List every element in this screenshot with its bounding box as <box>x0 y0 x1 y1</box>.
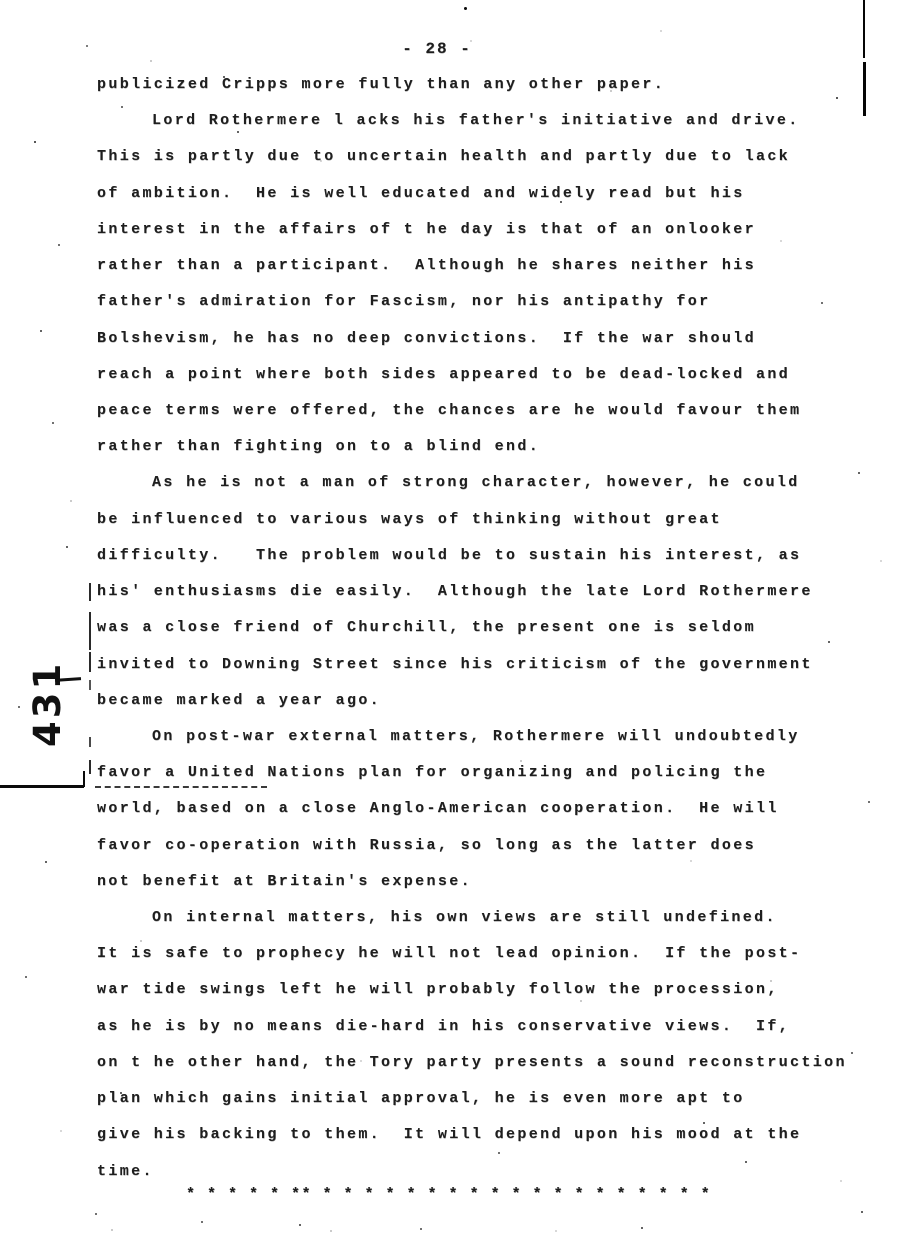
text-line: war tide swings left he will probably fo… <box>97 972 847 1008</box>
text-line: of ambition. He is well educated and wid… <box>97 176 847 212</box>
margin-vertical-mark <box>89 583 91 601</box>
handwritten-margin-number: 431 <box>20 662 75 747</box>
document-body: publicized Cripps more fully than any ot… <box>97 67 847 1190</box>
text-line: invited to Downing Street since his crit… <box>97 647 847 683</box>
margin-vertical-mark <box>89 652 91 672</box>
dashed-underline-mark <box>95 786 267 788</box>
text-line: This is partly due to uncertain health a… <box>97 139 847 175</box>
scan-edge-artifact <box>863 62 866 116</box>
text-line: Bolshevism, he has no deep convictions. … <box>97 321 847 357</box>
text-line: plan which gains initial approval, he is… <box>97 1081 847 1117</box>
text-line: world, based on a close Anglo-American c… <box>97 791 847 827</box>
scan-noise-light <box>0 0 2 2</box>
text-line: peace terms were offered, the chances ar… <box>97 393 847 429</box>
text-line: his' enthusiasms die easily. Although th… <box>97 574 847 610</box>
text-line: became marked a year ago. <box>97 683 847 719</box>
text-line: rather than fighting on to a blind end. <box>97 429 847 465</box>
margin-vertical-mark <box>89 737 91 747</box>
margin-vertical-mark <box>89 680 91 690</box>
text-line: be influenced to various ways of thinkin… <box>97 502 847 538</box>
text-line: Lord Rothermere l acks his father's init… <box>97 103 847 139</box>
text-line: publicized Cripps more fully than any ot… <box>97 67 847 103</box>
text-line: difficulty. The problem would be to sust… <box>97 538 847 574</box>
text-line: rather than a participant. Although he s… <box>97 248 847 284</box>
text-line: On internal matters, his own views are s… <box>97 900 847 936</box>
text-line: reach a point where both sides appeared … <box>97 357 847 393</box>
text-line: As he is not a man of strong character, … <box>97 465 847 501</box>
ink-speck <box>464 7 467 10</box>
text-line: as he is by no means die-hard in his con… <box>97 1009 847 1045</box>
text-line: father's admiration for Fascism, nor his… <box>97 284 847 320</box>
margin-vertical-mark <box>89 760 91 774</box>
text-line: was a close friend of Churchill, the pre… <box>97 610 847 646</box>
margin-rule-tick <box>83 771 85 787</box>
text-line: give his backing to them. It will depend… <box>97 1117 847 1153</box>
text-line: favor co-operation with Russia, so long … <box>97 828 847 864</box>
text-line: On post-war external matters, Rothermere… <box>97 719 847 755</box>
text-line: time. <box>97 1154 847 1190</box>
asterisk-divider: * * * * * ** * * * * * * * * * * * * * *… <box>186 1186 711 1203</box>
margin-vertical-mark <box>89 612 91 650</box>
text-line: interest in the affairs of t he day is t… <box>97 212 847 248</box>
text-line: It is safe to prophecy he will not lead … <box>97 936 847 972</box>
text-line: not benefit at Britain's expense. <box>97 864 847 900</box>
text-line: on t he other hand, the Tory party prese… <box>97 1045 847 1081</box>
margin-horizontal-rule <box>0 785 84 788</box>
scanned-document-page: - 28 - publicized Cripps more fully than… <box>0 0 900 1235</box>
page-number: - 28 - <box>0 40 874 58</box>
